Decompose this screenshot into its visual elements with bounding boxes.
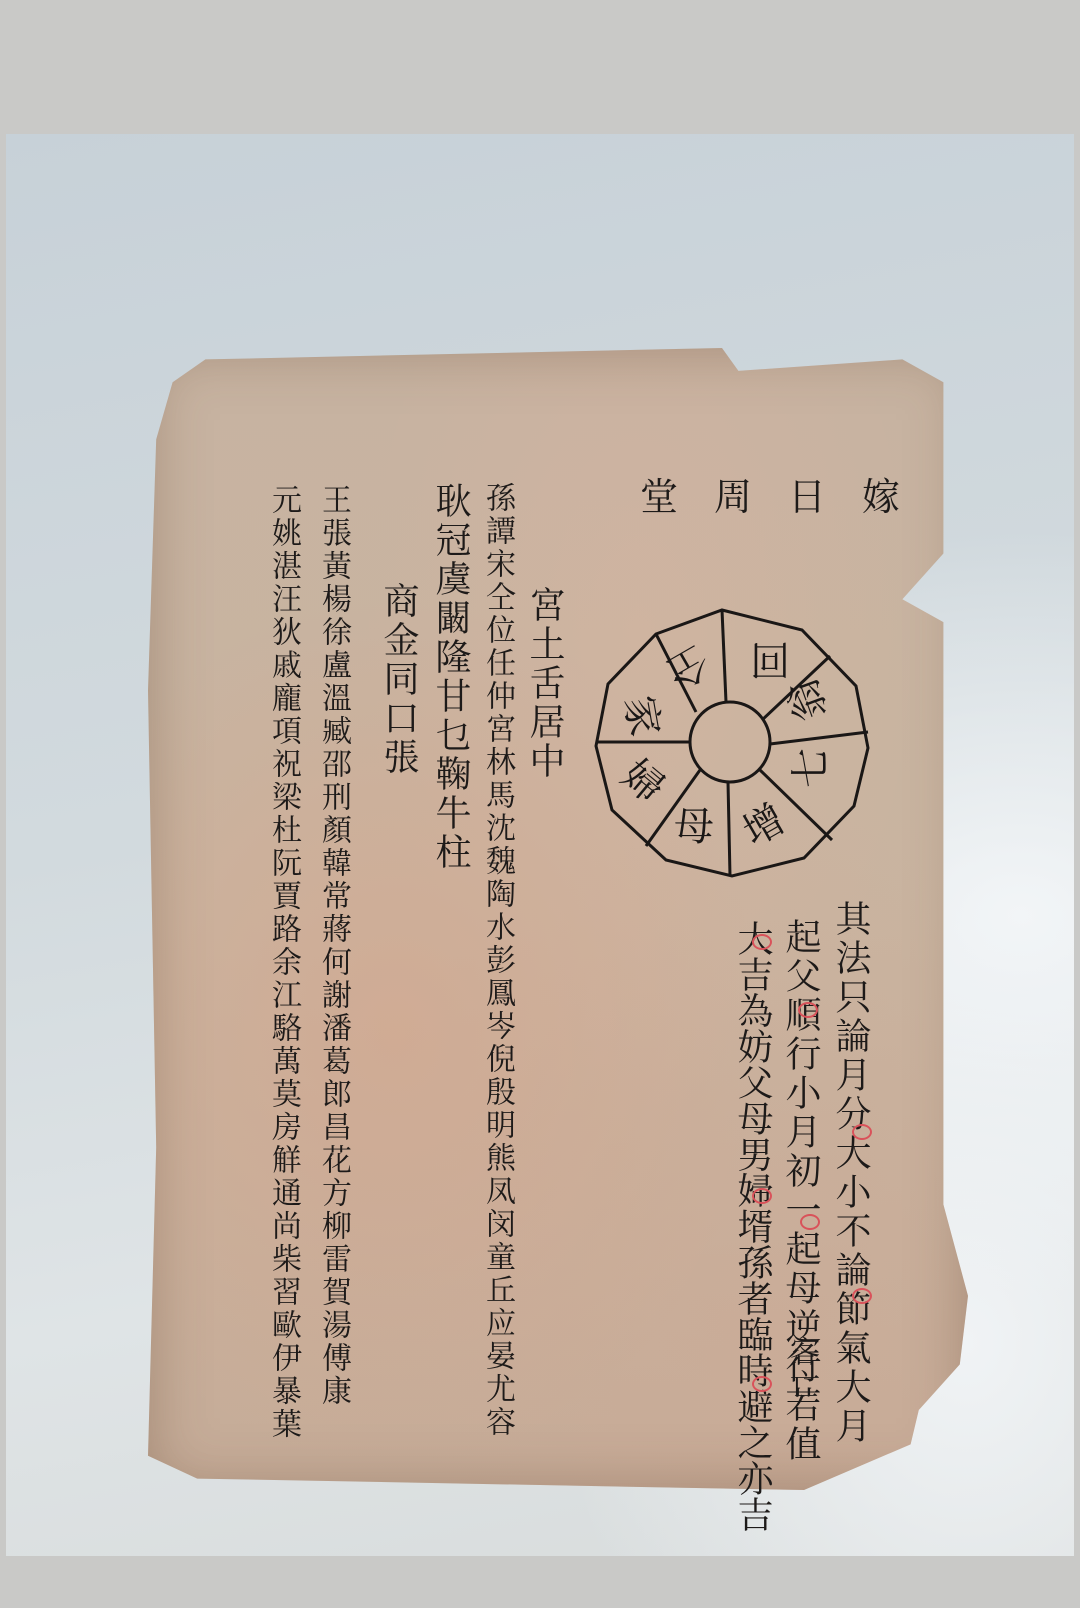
wheel-char-right-lower: 七: [788, 748, 834, 788]
right-column-3: 大吉為妨父母男婦壻孫者臨時避之亦吉: [734, 920, 770, 1532]
left-column-gong: 宮土舌居中: [526, 586, 562, 781]
red-circle-mark: [798, 1002, 818, 1018]
wheel-char-top-right: 回: [750, 636, 790, 682]
wheel-hub: [690, 702, 770, 782]
red-circle-mark: [752, 934, 772, 950]
wheel-char-left-lower: 婦: [613, 752, 673, 813]
red-circle-mark: [852, 1288, 872, 1304]
right-column-1: 其法只論月分大小不論節氣大月: [832, 900, 868, 1446]
red-circle-mark: [752, 1376, 772, 1392]
wheel-char-left-upper: 家: [615, 692, 667, 739]
red-circle-mark: [852, 1124, 872, 1140]
wheel-char-bottom-left: 母: [674, 804, 714, 850]
red-circle-mark: [752, 1188, 772, 1204]
left-column-shang: 商金同口張: [380, 582, 416, 777]
left-column-surnames-4: 元姚湛汪狄戚龐項祝梁杜阮賈路余江駱萬莫房觧通尚柴習歐伊暴葉: [268, 484, 298, 1441]
right-column-4: 客亡: [786, 1336, 816, 1402]
left-column-surnames-3: 王張黃楊徐盧溫臧邵刑顏韓常蔣何謝潘葛郎昌花方柳雷賀湯傅康: [318, 484, 348, 1408]
zhoutang-wheel-diagram: 回 翁 七 增 母 婦 家 仝: [594, 608, 870, 880]
left-column-surnames-2: 耿冠虞闞隆甘乜鞠牛柱: [432, 482, 468, 872]
red-circle-mark: [800, 1214, 820, 1230]
manuscript-title: 嫁日周堂: [640, 478, 936, 516]
left-column-surnames-1: 孫譚宋仝位任仲宮林馬沈魏陶水彭鳳岑倪殷明熊凤闵童丘应晏尤容: [482, 482, 512, 1439]
wheel-char-top-left: 仝: [659, 636, 717, 696]
wheel-char-bottom-right: 增: [735, 796, 793, 856]
